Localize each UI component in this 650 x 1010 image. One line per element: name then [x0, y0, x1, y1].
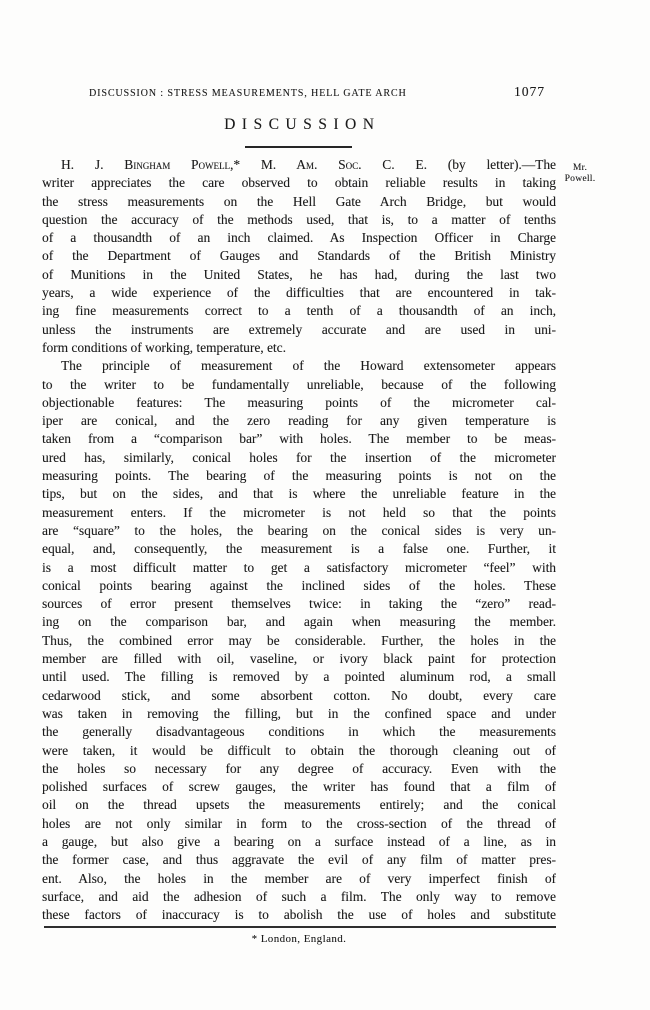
text-segment: . C. E. (by letter).—The: [358, 157, 556, 172]
text-segment: H. J. B: [61, 157, 133, 172]
text-line: measuring points. The bearing of the mea…: [42, 467, 556, 485]
text-line: is a most difficult matter to get a sati…: [42, 559, 556, 577]
smallcaps-text: oc: [346, 157, 359, 172]
text-line: Thus, the combined error may be consider…: [42, 632, 556, 650]
text-line: to the writer to be fundamentally unreli…: [42, 376, 556, 394]
text-line: tips, but on the sides, and that is wher…: [42, 485, 556, 503]
text-line: surface, and aid the adhesion of such a …: [42, 888, 556, 906]
text-line: unless the instruments are extremely acc…: [42, 321, 556, 339]
margin-note-line2: Powell.: [553, 174, 607, 185]
text-line: polished surfaces of screw gauges, the w…: [42, 778, 556, 796]
text-line: H. J. Bingham Powell,* M. Am. Soc. C. E.…: [42, 156, 556, 174]
text-line: iper are conical, and the zero reading f…: [42, 412, 556, 430]
text-line: holes are not only similar in form to th…: [42, 815, 556, 833]
footnote: * London, England.: [42, 933, 556, 945]
text-line: years, a wide experience of the difficul…: [42, 284, 556, 302]
text-segment: . S: [314, 157, 346, 172]
text-line: ured has, similarly, conical holes for t…: [42, 449, 556, 467]
text-line: question the accuracy of the methods use…: [42, 211, 556, 229]
text-line: a gauge, but also give a bearing on a su…: [42, 833, 556, 851]
text-line: oil on the thread upsets the measurement…: [42, 796, 556, 814]
running-head: DISCUSSION : STRESS MEASUREMENTS, HELL G…: [89, 84, 545, 100]
text-segment: P: [170, 157, 198, 172]
section-title: DISCUSSION: [42, 116, 556, 134]
text-line: of a thousandth of an inch claimed. As I…: [42, 229, 556, 247]
text-line: of the Department of Gauges and Standard…: [42, 247, 556, 265]
text-line: measurement enters. If the micrometer is…: [42, 504, 556, 522]
smallcaps-text: m: [306, 157, 314, 172]
text-line: are “square” to the holes, the bearing o…: [42, 522, 556, 540]
running-head-title: DISCUSSION : STRESS MEASUREMENTS, HELL G…: [89, 88, 407, 99]
text-line: member are filled with oil, vaseline, or…: [42, 650, 556, 668]
margin-note: Mr. Powell.: [553, 163, 607, 185]
text-line: conical points bearing against the incli…: [42, 577, 556, 595]
smallcaps-text: owell: [199, 157, 231, 172]
text-line: writer appreciates the care observed to …: [42, 174, 556, 192]
text-line: equal, and, consequently, the measuremen…: [42, 540, 556, 558]
text-line: the former case, and thus aggravate the …: [42, 851, 556, 869]
text-line: ing fine measurements correct to a tenth…: [42, 302, 556, 320]
text-line: taken from a “comparison bar” with holes…: [42, 430, 556, 448]
title-rule: [245, 146, 352, 148]
text-line: was taken in removing the filling, but i…: [42, 705, 556, 723]
paragraph: H. J. Bingham Powell,* M. Am. Soc. C. E.…: [42, 156, 556, 357]
text-line: until used. The filling is removed by a …: [42, 668, 556, 686]
scanned-page: DISCUSSION : STRESS MEASUREMENTS, HELL G…: [0, 0, 650, 1010]
text-line: sources of error present themselves twic…: [42, 595, 556, 613]
text-line: objectionable features: The measuring po…: [42, 394, 556, 412]
text-line: ent. Also, the holes in the member are o…: [42, 870, 556, 888]
paragraph: The principle of measurement of the Howa…: [42, 357, 556, 924]
text-line: the holes so necessary for any degree of…: [42, 760, 556, 778]
text-line: these factors of inaccuracy is to abolis…: [42, 906, 556, 924]
text-line: were taken, it would be difficult to obt…: [42, 742, 556, 760]
text-line: the generally disadvantageous conditions…: [42, 723, 556, 741]
text-line: The principle of measurement of the Howa…: [42, 357, 556, 375]
margin-note-line1: Mr.: [553, 163, 607, 174]
footnote-rule: [44, 926, 556, 928]
page-number: 1077: [514, 84, 545, 100]
text-line: the stress measurements on the Hell Gate…: [42, 193, 556, 211]
smallcaps-text: ingham: [133, 157, 170, 172]
text-line: ing on the comparison bar, and again whe…: [42, 613, 556, 631]
text-line: cedarwood stick, and some absorbent cott…: [42, 687, 556, 705]
text-line: of Munitions in the United States, he ha…: [42, 266, 556, 284]
text-line: form conditions of working, temperature,…: [42, 339, 556, 357]
body-text: H. J. Bingham Powell,* M. Am. Soc. C. E.…: [42, 156, 556, 924]
text-segment: ,* M. A: [230, 157, 306, 172]
